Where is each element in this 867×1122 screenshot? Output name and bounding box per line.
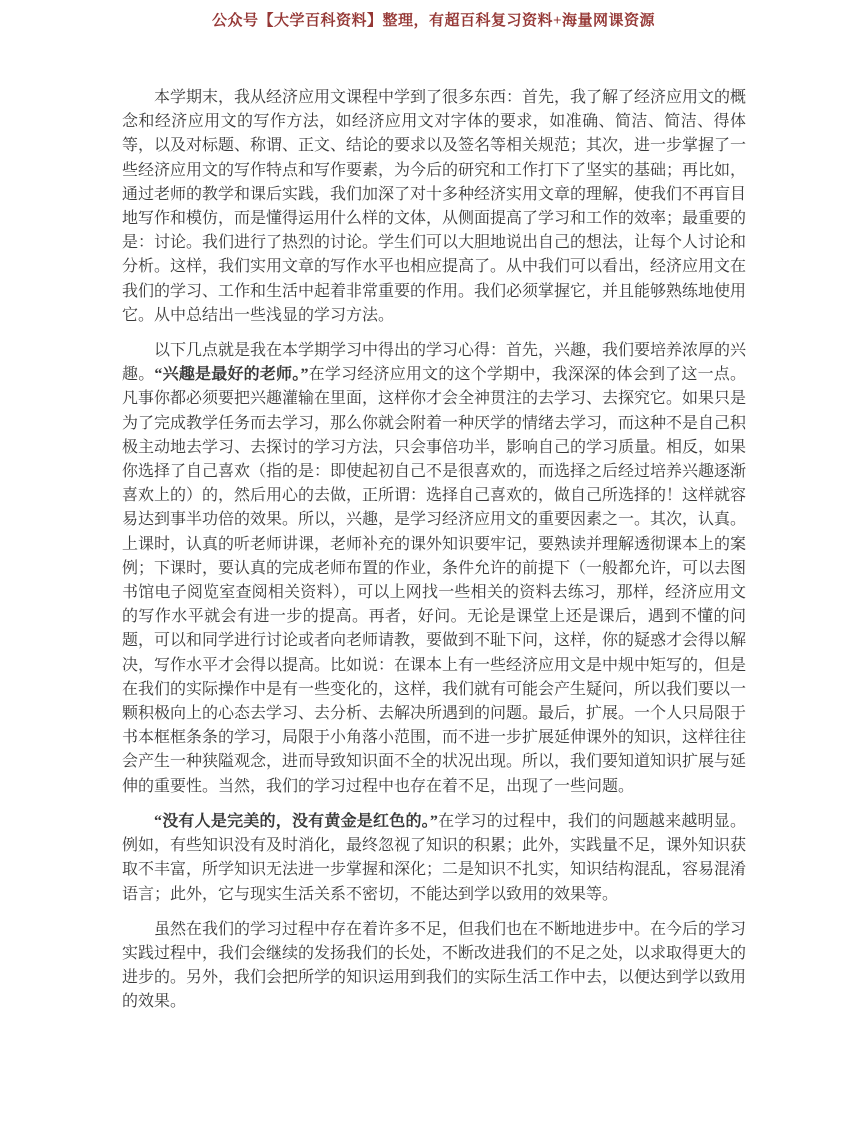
bold-quote-run: “兴趣是最好的老师。” (154, 366, 308, 383)
document-page: 公众号【大学百科资料】整理，有超百科复习资料+海量网课资源 本学期末，我从经济应… (0, 0, 867, 1122)
bold-quote-run: “没有人是完美的，没有黄金是红色的。” (154, 813, 438, 830)
paragraph-1: 本学期末，我从经济应用文课程中学到了很多东西：首先，我了解了经济应用文的概念和经… (122, 86, 746, 328)
text-run: 本学期末，我从经济应用文课程中学到了很多东西：首先，我了解了经济应用文的概念和经… (122, 89, 746, 324)
text-run: 在学习经济应用文的这个学期中，我深深的体会到了这一点。凡事你都必须要把兴趣灌输在… (122, 366, 746, 794)
header-note: 公众号【大学百科资料】整理，有超百科复习资料+海量网课资源 (0, 9, 867, 30)
document-body: 本学期末，我从经济应用文课程中学到了很多东西：首先，我了解了经济应用文的概念和经… (122, 86, 746, 1026)
text-run: 虽然在我们的学习过程中存在着许多不足，但我们也在不断地进步中。在今后的学习实践过… (122, 921, 746, 1011)
paragraph-2: 以下几点就是我在本学期学习中得出的学习心得：首先，兴趣，我们要培养浓厚的兴趣。“… (122, 339, 746, 799)
paragraph-4: 虽然在我们的学习过程中存在着许多不足，但我们也在不断地进步中。在今后的学习实践过… (122, 918, 746, 1015)
paragraph-3: “没有人是完美的，没有黄金是红色的。”在学习的过程中，我们的问题越来越明显。例如… (122, 810, 746, 907)
